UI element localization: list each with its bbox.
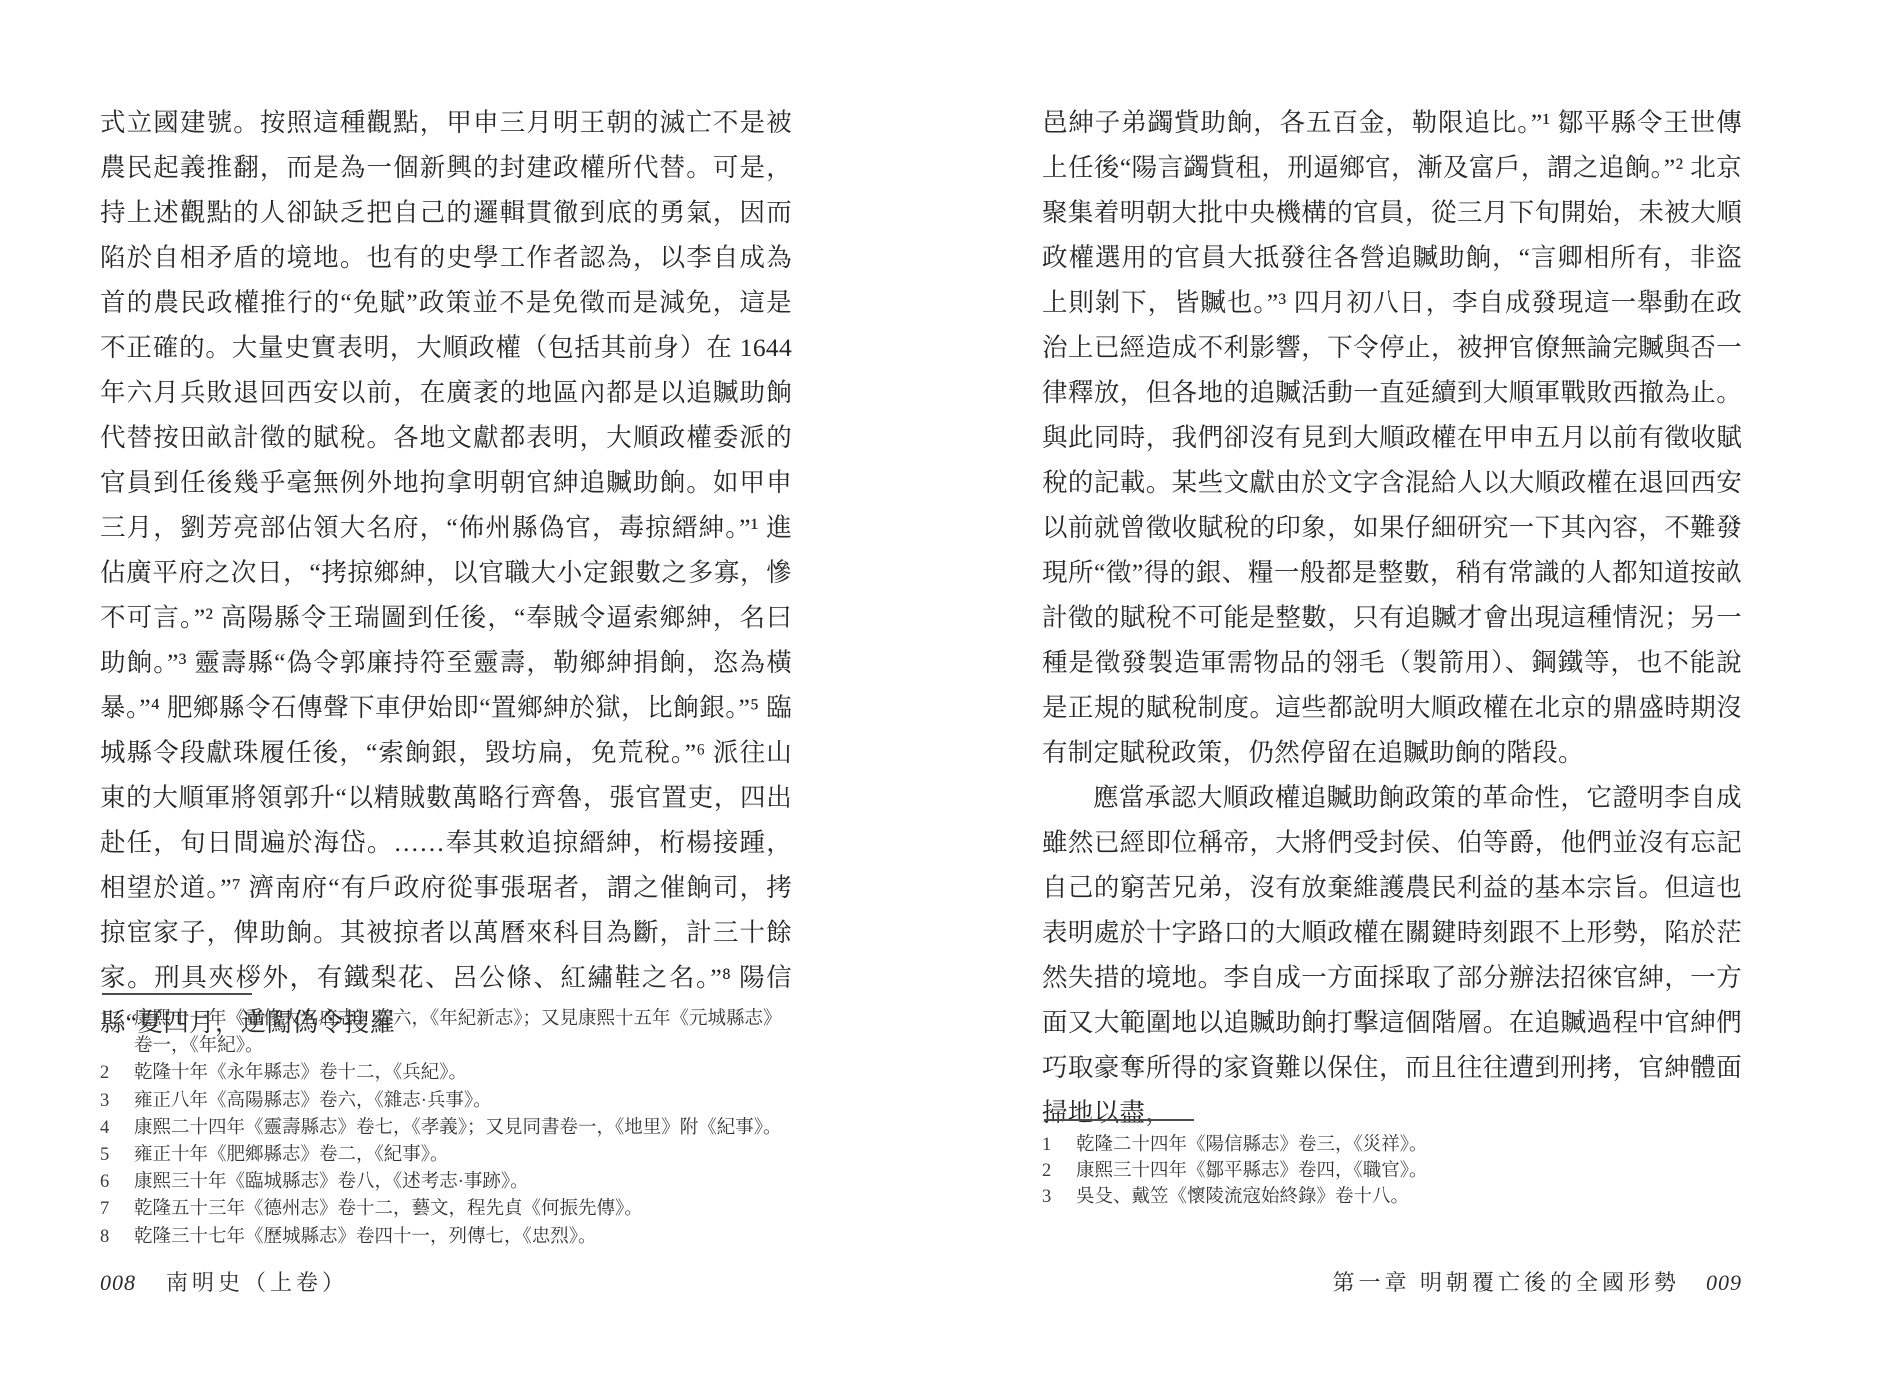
footnote-number: 2 <box>1042 1158 1076 1184</box>
footnote-text: 乾隆二十四年《陽信縣志》卷三，《災祥》。 <box>1076 1132 1742 1158</box>
footnote-text: 乾隆五十三年《德州志》卷十二，藝文，程先貞《何振先傳》。 <box>134 1196 792 1223</box>
footnote-item: 1 康熙十一年《重修大名府志》卷六，《年紀新志》；又見康熙十五年《元城縣志》卷一… <box>100 1006 792 1060</box>
footnote-item: 3 吳殳、戴笠《懷陵流寇始終錄》卷十八。 <box>1042 1184 1742 1210</box>
left-footnote-separator <box>102 993 252 995</box>
footnote-item: 7 乾隆五十三年《德州志》卷十二，藝文，程先貞《何振先傳》。 <box>100 1196 792 1223</box>
left-body-paragraph: 式立國建號。按照這種觀點，甲申三月明王朝的滅亡不是被農民起義推翻，而是為一個新興… <box>100 100 792 1045</box>
footnote-text: 吳殳、戴笠《懷陵流寇始終錄》卷十八。 <box>1076 1184 1742 1210</box>
footnote-item: 6 康熙三十年《臨城縣志》卷八，《述考志·事跡》。 <box>100 1169 792 1196</box>
left-page-body: 式立國建號。按照這種觀點，甲申三月明王朝的滅亡不是被農民起義推翻，而是為一個新興… <box>100 100 792 1045</box>
page-left: 式立國建號。按照這種觀點，甲申三月明王朝的滅亡不是被農民起義推翻，而是為一個新興… <box>100 0 792 1382</box>
footnote-number: 1 <box>100 1006 134 1033</box>
chapter-title: 第一章 明朝覆亡後的全國形勢 <box>1332 1270 1680 1295</box>
footnote-text: 雍正十年《肥鄉縣志》卷二，《紀事》。 <box>134 1142 792 1169</box>
right-footnote-separator <box>1044 1119 1194 1121</box>
footnote-number: 8 <box>100 1224 134 1251</box>
book-spread: 式立國建號。按照這種觀點，甲申三月明王朝的滅亡不是被農民起義推翻，而是為一個新興… <box>0 0 1890 1382</box>
page-right: 邑紳子弟蠲貲助餉，各五百金，勒限追比。”¹ 鄒平縣令王世傳上任後“陽言蠲貲租，刑… <box>1042 0 1742 1382</box>
footnote-number: 5 <box>100 1142 134 1169</box>
footnote-number: 3 <box>100 1088 134 1115</box>
footnote-text: 康熙三十年《臨城縣志》卷八，《述考志·事跡》。 <box>134 1169 792 1196</box>
footnote-number: 1 <box>1042 1132 1076 1158</box>
left-page-footer: 008南明史（上卷） <box>100 1266 792 1297</box>
footnote-item: 5 雍正十年《肥鄉縣志》卷二，《紀事》。 <box>100 1142 792 1169</box>
right-body-paragraph-1: 邑紳子弟蠲貲助餉，各五百金，勒限追比。”¹ 鄒平縣令王世傳上任後“陽言蠲貲租，刑… <box>1042 100 1742 775</box>
footnote-number: 7 <box>100 1196 134 1223</box>
footnote-number: 6 <box>100 1169 134 1196</box>
footnote-item: 8 乾隆三十七年《歷城縣志》卷四十一，列傳七，《忠烈》。 <box>100 1224 792 1251</box>
footnote-text: 乾隆三十七年《歷城縣志》卷四十一，列傳七，《忠烈》。 <box>134 1224 792 1251</box>
footnote-item: 4 康熙二十四年《靈壽縣志》卷七，《孝義》；又見同書卷一，《地里》附《紀事》。 <box>100 1115 792 1142</box>
right-page-body: 邑紳子弟蠲貲助餉，各五百金，勒限追比。”¹ 鄒平縣令王世傳上任後“陽言蠲貲租，刑… <box>1042 100 1742 1135</box>
footnote-number: 4 <box>100 1115 134 1142</box>
footnote-item: 2 康熙三十四年《鄒平縣志》卷四，《職官》。 <box>1042 1158 1742 1184</box>
book-title: 南明史（上卷） <box>166 1270 348 1295</box>
right-page-footer: 第一章 明朝覆亡後的全國形勢009 <box>1042 1266 1742 1297</box>
page-number: 008 <box>100 1270 136 1295</box>
footnote-number: 2 <box>100 1060 134 1087</box>
footnote-item: 3 雍正八年《高陽縣志》卷六，《雜志·兵事》。 <box>100 1088 792 1115</box>
page-number: 009 <box>1706 1270 1742 1295</box>
footnote-number: 3 <box>1042 1184 1076 1210</box>
right-body-paragraph-2: 應當承認大順政權追贓助餉政策的革命性，它證明李自成雖然已經即位稱帝，大將們受封侯… <box>1042 775 1742 1135</box>
footnote-text: 康熙二十四年《靈壽縣志》卷七，《孝義》；又見同書卷一，《地里》附《紀事》。 <box>134 1115 792 1142</box>
footnote-item: 1 乾隆二十四年《陽信縣志》卷三，《災祥》。 <box>1042 1132 1742 1158</box>
left-footnotes: 1 康熙十一年《重修大名府志》卷六，《年紀新志》；又見康熙十五年《元城縣志》卷一… <box>100 1006 792 1251</box>
footnote-text: 乾隆十年《永年縣志》卷十二，《兵紀》。 <box>134 1060 792 1087</box>
footnote-text: 康熙十一年《重修大名府志》卷六，《年紀新志》；又見康熙十五年《元城縣志》卷一，《… <box>134 1006 792 1060</box>
footnote-item: 2 乾隆十年《永年縣志》卷十二，《兵紀》。 <box>100 1060 792 1087</box>
right-footnotes: 1 乾隆二十四年《陽信縣志》卷三，《災祥》。 2 康熙三十四年《鄒平縣志》卷四，… <box>1042 1132 1742 1210</box>
footnote-text: 雍正八年《高陽縣志》卷六，《雜志·兵事》。 <box>134 1088 792 1115</box>
footnote-text: 康熙三十四年《鄒平縣志》卷四，《職官》。 <box>1076 1158 1742 1184</box>
